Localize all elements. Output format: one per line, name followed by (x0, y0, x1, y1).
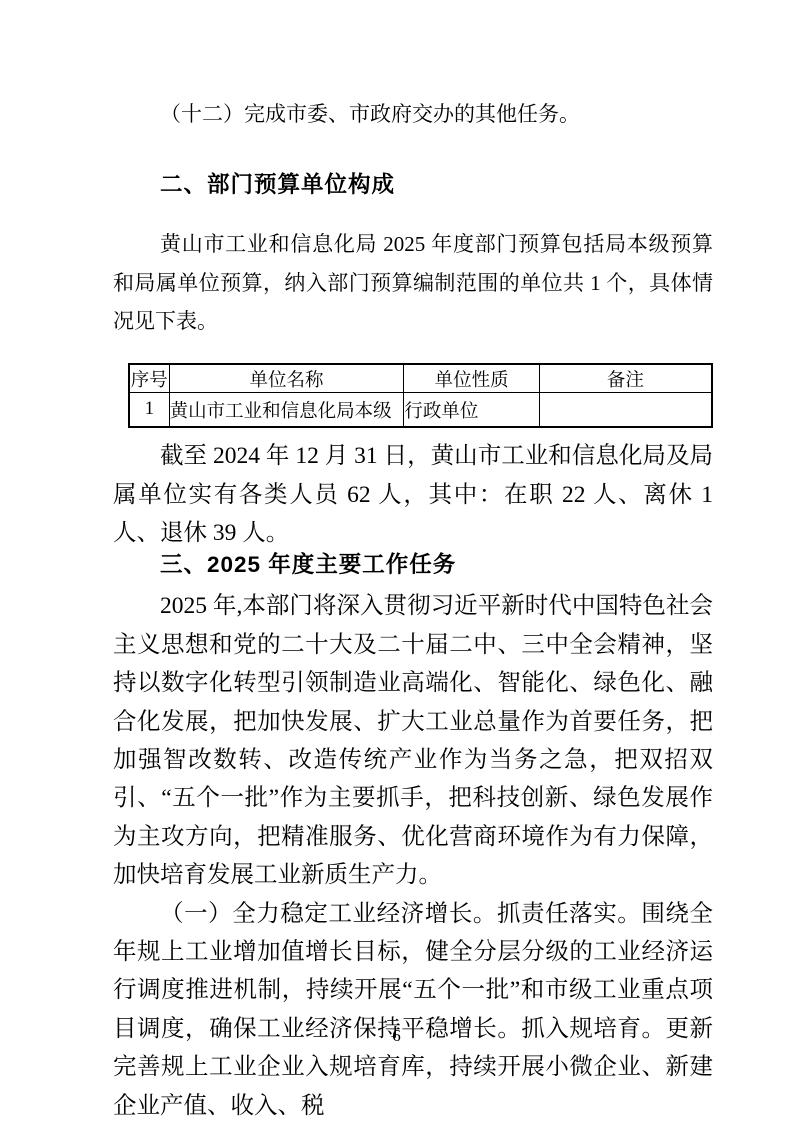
table-row: 1 黄山市工业和信息化局本级 行政单位 (129, 393, 712, 428)
paragraph-task-one: （一）全力稳定工业经济增长。抓责任落实。围绕全年规上工业增加值增长目标，健全分层… (113, 895, 713, 1122)
table-header-serial-no: 序号 (129, 364, 169, 393)
paragraph-staff-summary: 截至 2024 年 12 月 31 日，黄山市工业和信息化局及局属单位实有各类人… (113, 437, 713, 552)
section-heading-budget-units: 二、部门预算单位构成 (113, 170, 713, 200)
table-cell-serial-no: 1 (129, 393, 169, 428)
table-header-row: 序号 单位名称 单位性质 备注 (129, 364, 712, 393)
page-number: 6 (0, 1026, 793, 1046)
paragraph-work-overview: 2025 年,本部门将深入贯彻习近平新时代中国特色社会主义思想和党的二十大及二十… (113, 587, 713, 894)
table-cell-unit-name: 黄山市工业和信息化局本级 (169, 393, 404, 428)
table-cell-unit-type: 行政单位 (404, 393, 539, 428)
table-header-unit-type: 单位性质 (404, 364, 539, 393)
budget-units-table: 序号 单位名称 单位性质 备注 1 黄山市工业和信息化局本级 行政单位 (128, 363, 713, 428)
table-header-unit-name: 单位名称 (169, 364, 404, 393)
paragraph-budget-unit-intro: 黄山市工业和信息化局 2025 年度部门预算包括局本级预算和局属单位预算，纳入部… (113, 225, 713, 340)
table-header-remarks: 备注 (539, 364, 712, 393)
document-body: （十二）完成市委、市政府交办的其他任务。 二、部门预算单位构成 黄山市工业和信息… (113, 95, 713, 1122)
document-page: （十二）完成市委、市政府交办的其他任务。 二、部门预算单位构成 黄山市工业和信息… (0, 0, 793, 1122)
paragraph-item-12: （十二）完成市委、市政府交办的其他任务。 (113, 95, 713, 133)
table-cell-remarks (539, 393, 712, 428)
section-heading-work-tasks: 三、2025 年度主要工作任务 (113, 550, 713, 580)
